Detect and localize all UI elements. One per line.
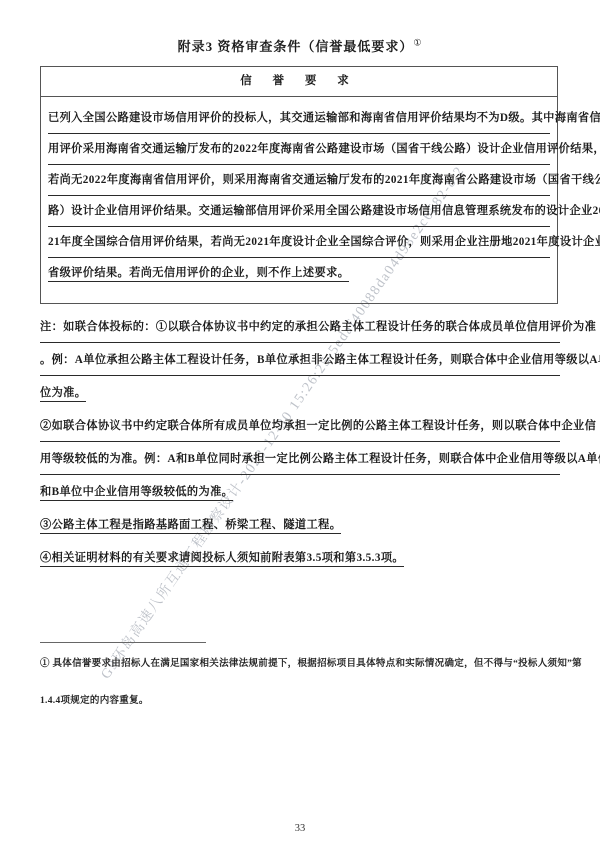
note-line-text: 位为准。 [40,387,86,402]
document-page: G9环岛高速八所互通工程勘察设计-2023-12-30 15:26:25-5ed… [0,0,600,849]
note-line: ②如联合体协议书中约定联合体所有成员单位均承担一定比例的公路主体工程设计任务，则… [40,413,560,446]
credit-requirements-table: 信 誉 要 求 已列入全国公路建设市场信用评价的投标人，其交通运输部和海南省信用… [40,66,558,304]
table-body-line-text: 若尚无2022年度海南省信用评价，则采用海南省交通运输厅发布的2021年度海南省… [48,167,550,196]
note-line: 用等级较低的为准。例：A和B单位同时承担一定比例公路主体工程设计任务，则联合体中… [40,446,560,479]
table-body-line-text: 省级评价结果。若尚无信用评价的企业，则不作上述要求。 [48,267,349,282]
footnote-line: 1.4.4项规定的内容重复。 [40,694,560,731]
note-line: ③公路主体工程是指路基路面工程、桥梁工程、隧道工程。 [40,512,560,545]
note-line-text: 。例：A单位承担公路主体工程设计任务，B单位承担非公路主体工程设计任务，则联合体… [40,347,560,376]
table-body-line-text: 用评价采用海南省交通运输厅发布的2022年度海南省公路建设市场（国省干线公路）设… [48,136,550,165]
table-body-line: 用评价采用海南省交通运输厅发布的2022年度海南省公路建设市场（国省干线公路）设… [48,136,550,167]
page-number: 33 [0,823,600,834]
footnote-separator [40,642,206,643]
note-line: 注：如联合体投标的：①以联合体协议书中约定的承担公路主体工程设计任务的联合体成员… [40,314,560,347]
note-line-text: ②如联合体协议书中约定联合体所有成员单位均承担一定比例的公路主体工程设计任务，则… [40,413,560,442]
table-body-line: 21年度全国综合信用评价结果，若尚无2021年度设计企业全国综合评价，则采用企业… [48,229,550,260]
page-content: 附录3 资格审查条件（信誉最低要求）① 信 誉 要 求 已列入全国公路建设市场信… [0,36,600,731]
note-line: 和B单位中企业信用等级较低的为准。 [40,479,560,512]
page-title-text: 附录3 资格审查条件（信誉最低要求） [178,39,414,54]
table-body-line: 已列入全国公路建设市场信用评价的投标人，其交通运输部和海南省信用评价结果均不为D… [48,105,550,136]
table-body-line: 路）设计企业信用评价结果。交通运输部信用评价采用全国公路建设市场信用信息管理系统… [48,198,550,229]
note-line-text: ④相关证明材料的有关要求请阅投标人须知前附表第3.5项和第3.5.3项。 [40,552,404,567]
title-footnote-ref: ① [413,38,422,48]
table-header-cell: 信 誉 要 求 [41,67,557,97]
footnote-line: ① 具体信誉要求由招标人在满足国家相关法律法规前提下，根据招标项目具体特点和实际… [40,657,560,694]
page-title: 附录3 资格审查条件（信誉最低要求）① [40,36,560,56]
notes-section: 注：如联合体投标的：①以联合体协议书中约定的承担公路主体工程设计任务的联合体成员… [40,314,560,578]
note-line: ④相关证明材料的有关要求请阅投标人须知前附表第3.5项和第3.5.3项。 [40,545,560,578]
note-line-text: ③公路主体工程是指路基路面工程、桥梁工程、隧道工程。 [40,519,341,534]
note-line: 位为准。 [40,380,560,413]
table-body-line: 若尚无2022年度海南省信用评价，则采用海南省交通运输厅发布的2021年度海南省… [48,167,550,198]
table-body-line-text: 21年度全国综合信用评价结果，若尚无2021年度设计企业全国综合评价，则采用企业… [48,229,550,258]
note-line-text: 和B单位中企业信用等级较低的为准。 [40,486,233,501]
table-body-cell: 已列入全国公路建设市场信用评价的投标人，其交通运输部和海南省信用评价结果均不为D… [41,97,557,303]
note-line: 。例：A单位承担公路主体工程设计任务，B单位承担非公路主体工程设计任务，则联合体… [40,347,560,380]
table-body-line-text: 路）设计企业信用评价结果。交通运输部信用评价采用全国公路建设市场信用信息管理系统… [48,198,550,227]
table-body-line: 省级评价结果。若尚无信用评价的企业，则不作上述要求。 [48,260,550,291]
footnote-section: ① 具体信誉要求由招标人在满足国家相关法律法规前提下，根据招标项目具体特点和实际… [40,657,560,731]
table-body-line-text: 已列入全国公路建设市场信用评价的投标人，其交通运输部和海南省信用评价结果均不为D… [48,105,550,134]
note-line-text: 注：如联合体投标的：①以联合体协议书中约定的承担公路主体工程设计任务的联合体成员… [40,314,560,343]
note-line-text: 用等级较低的为准。例：A和B单位同时承担一定比例公路主体工程设计任务，则联合体中… [40,446,560,475]
